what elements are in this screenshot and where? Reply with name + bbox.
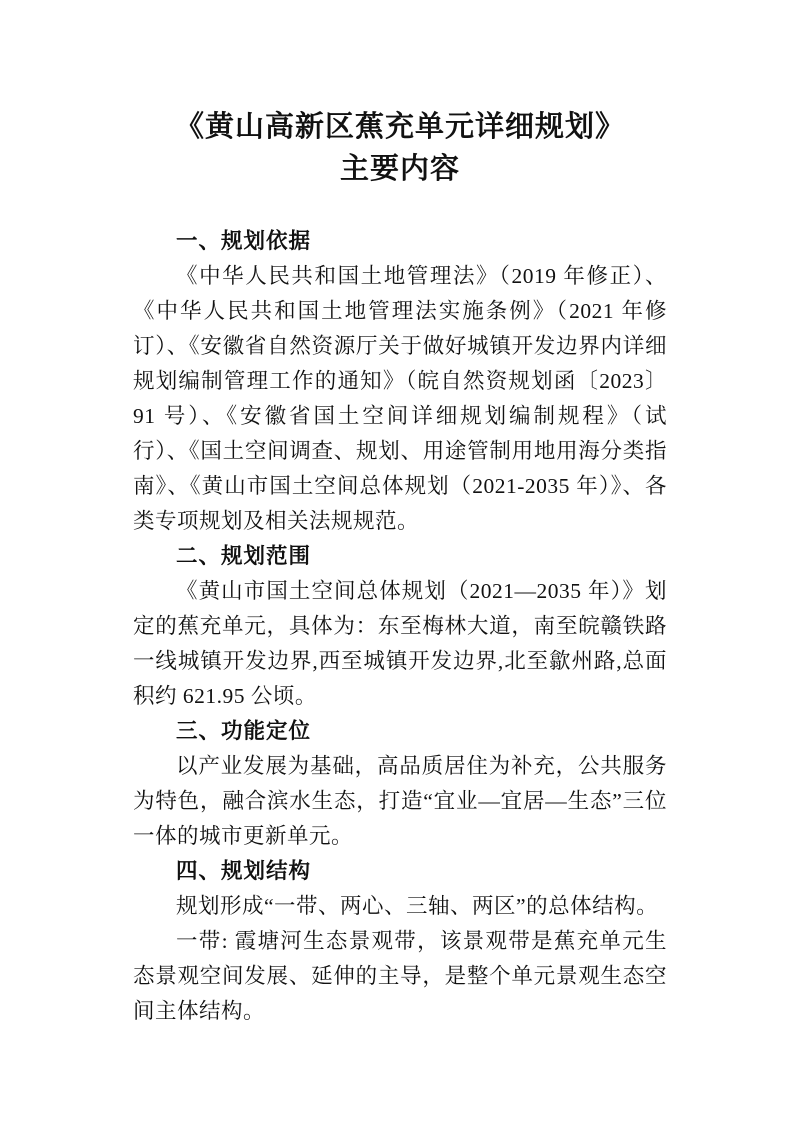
section-planning-structure: 四、规划结构 规划形成“一带、两心、三轴、两区”的总体结构。 一带: 霞塘河生态… [133, 854, 667, 1029]
paragraph: 《中华人民共和国土地管理法》（2019 年修正）、《中华人民共和国土地管理法实施… [133, 259, 667, 539]
document-title: 《黄山高新区蕉充单元详细规划》 主要内容 [133, 106, 667, 190]
title-line-1: 《黄山高新区蕉充单元详细规划》 [133, 106, 667, 148]
section-heading-2: 二、规划范围 [133, 539, 667, 574]
title-line-2: 主要内容 [133, 148, 667, 190]
section-functional-positioning: 三、功能定位 以产业发展为基础，高品质居住为补充，公共服务为特色，融合滨水生态，… [133, 714, 667, 854]
section-heading-1: 一、规划依据 [133, 224, 667, 259]
paragraph: 规划形成“一带、两心、三轴、两区”的总体结构。 [133, 889, 667, 924]
paragraph: 一带: 霞塘河生态景观带，该景观带是蕉充单元生态景观空间发展、延伸的主导，是整个… [133, 924, 667, 1029]
document-page: 《黄山高新区蕉充单元详细规划》 主要内容 一、规划依据 《中华人民共和国土地管理… [0, 0, 793, 1122]
section-planning-scope: 二、规划范围 《黄山市国土空间总体规划（2021—2035 年）》划定的蕉充单元… [133, 539, 667, 714]
section-planning-basis: 一、规划依据 《中华人民共和国土地管理法》（2019 年修正）、《中华人民共和国… [133, 224, 667, 539]
section-heading-3: 三、功能定位 [133, 714, 667, 749]
paragraph: 《黄山市国土空间总体规划（2021—2035 年）》划定的蕉充单元，具体为：东至… [133, 574, 667, 714]
section-heading-4: 四、规划结构 [133, 854, 667, 889]
paragraph: 以产业发展为基础，高品质居住为补充，公共服务为特色，融合滨水生态，打造“宜业—宜… [133, 749, 667, 854]
